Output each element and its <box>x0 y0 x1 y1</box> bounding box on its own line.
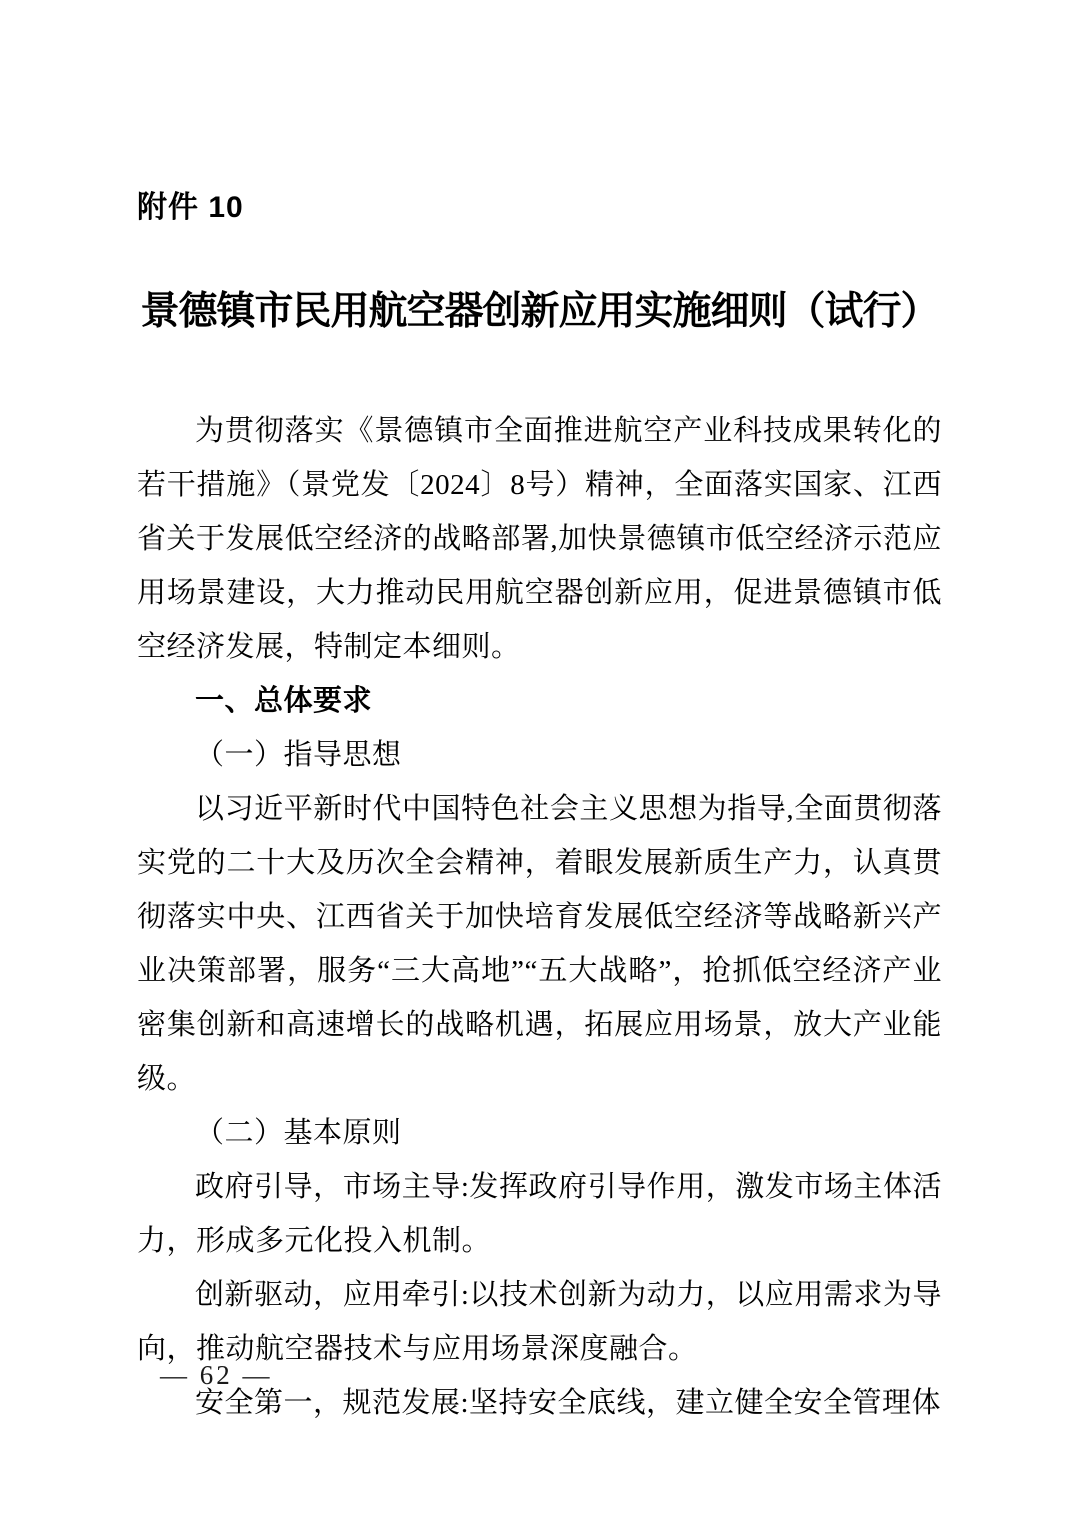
document-page: 附件 10 景德镇市民用航空器创新应用实施细则（试行） 为贯彻落实《景德镇市全面… <box>0 0 1074 1520</box>
document-content: 附件 10 景德镇市民用航空器创新应用实施细则（试行） 为贯彻落实《景德镇市全面… <box>137 0 942 1430</box>
paragraph-guiding-ideology: 以习近平新时代中国特色社会主义思想为指导,全面贯彻落实党的二十大及历次全会精神，… <box>137 782 942 1106</box>
attachment-label: 附件 10 <box>137 190 942 226</box>
subsection-heading-guiding-ideology: （一）指导思想 <box>137 728 942 782</box>
subsection-heading-basic-principles: （二）基本原则 <box>137 1106 942 1160</box>
page-number: — 62 — <box>160 1358 273 1392</box>
document-title: 景德镇市民用航空器创新应用实施细则（试行） <box>137 284 942 340</box>
document-body: 为贯彻落实《景德镇市全面推进航空产业科技成果转化的若干措施》（景党发〔2024〕… <box>137 404 942 1430</box>
section-heading-overall-requirements: 一、总体要求 <box>137 674 942 728</box>
paragraph-principle-government-guidance: 政府引导，市场主导:发挥政府引导作用，激发市场主体活力，形成多元化投入机制。 <box>137 1160 942 1268</box>
paragraph-intro: 为贯彻落实《景德镇市全面推进航空产业科技成果转化的若干措施》（景党发〔2024〕… <box>137 404 942 674</box>
